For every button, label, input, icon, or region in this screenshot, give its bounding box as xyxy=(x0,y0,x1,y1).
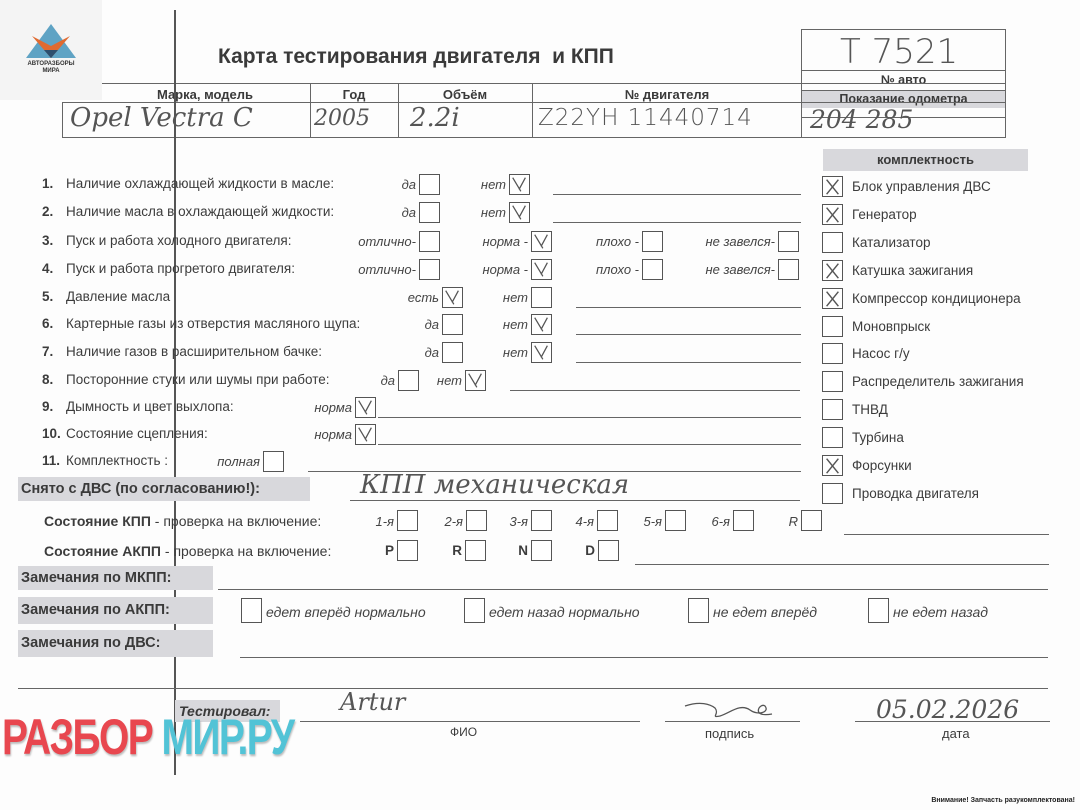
check-mark-icon xyxy=(466,371,485,390)
value-make-model: Opel Vectra C xyxy=(70,103,253,133)
option-label: есть xyxy=(408,290,439,305)
cross-mark-icon xyxy=(823,177,842,196)
check-mark-icon xyxy=(443,288,462,307)
completeness-checkbox[interactable] xyxy=(822,427,843,448)
completeness-label: Блок управления ДВС xyxy=(852,179,991,194)
option-label: да xyxy=(425,317,439,332)
check-number: 1. xyxy=(42,176,53,191)
logo: АВТОРАЗБОРЫ МИРА xyxy=(0,0,102,100)
gear-label: 1-я xyxy=(375,514,394,529)
value-odometer: 204 285 xyxy=(810,105,913,134)
check-number: 6. xyxy=(42,316,53,331)
check-label: Пуск и работа прогретого двигателя: xyxy=(66,261,295,276)
completeness-checkbox[interactable] xyxy=(822,176,843,197)
completeness-checkbox[interactable] xyxy=(822,288,843,309)
option-label: отлично- xyxy=(358,262,416,277)
gear-label: N xyxy=(518,543,528,558)
option-checkbox[interactable] xyxy=(642,259,663,280)
option-label: норма - xyxy=(482,262,528,277)
option-checkbox[interactable] xyxy=(419,174,440,195)
option-checkbox[interactable] xyxy=(419,202,440,223)
gear-label: R xyxy=(789,514,798,529)
gear-label: R xyxy=(452,543,462,558)
watermark-red: РАЗБОР xyxy=(2,709,152,765)
auto-gearbox-label: Состояние АКПП - проверка на включение: xyxy=(44,543,331,559)
check-label: Дымность и цвет выхлопа: xyxy=(66,399,234,414)
check-mark-icon xyxy=(532,260,551,279)
header-row xyxy=(102,83,1006,84)
check-number: 8. xyxy=(42,372,53,387)
gear-label: 3-я xyxy=(509,514,528,529)
value-year: 2005 xyxy=(314,106,370,131)
option-checkbox[interactable] xyxy=(778,259,799,280)
completeness-checkbox[interactable] xyxy=(822,204,843,225)
option-label: нет xyxy=(503,345,528,360)
date-value: 05.02.2026 xyxy=(876,695,1019,724)
watermark-blue: МИР.РУ xyxy=(161,709,293,765)
gear-label: D xyxy=(585,543,595,558)
completeness-label: Генератор xyxy=(852,207,917,222)
completeness-label: Компрессор кондиционера xyxy=(852,291,1021,306)
option-checkbox[interactable] xyxy=(778,231,799,252)
option-checkbox[interactable] xyxy=(398,370,419,391)
gear-checkbox[interactable] xyxy=(598,540,619,561)
option-label: норма xyxy=(314,400,352,415)
note-line[interactable] xyxy=(510,390,800,391)
check-number: 5. xyxy=(42,289,53,304)
check-label: Наличие газов в расширительном бачке: xyxy=(66,344,322,359)
note-line[interactable] xyxy=(553,194,801,195)
completeness-checkbox[interactable] xyxy=(822,455,843,476)
check-label: Пуск и работа холодного двигателя: xyxy=(66,233,292,248)
gear-checkbox[interactable] xyxy=(531,540,552,561)
akpp-option-label: едет назад нормально xyxy=(489,604,640,620)
check-number: 10. xyxy=(42,426,61,441)
option-checkbox[interactable] xyxy=(531,287,552,308)
check-label: Состояние сцепления: xyxy=(66,426,208,441)
value-engine-no: Z22YH 11440714 xyxy=(538,105,753,131)
check-number: 11. xyxy=(42,453,60,468)
check-mark-icon xyxy=(532,315,551,334)
remarks-dvs-field[interactable] xyxy=(240,657,1048,658)
check-label: Наличие охлаждающей жидкости в масле: xyxy=(66,176,334,191)
option-label: плохо - xyxy=(596,234,639,249)
akpp-option-label: не едет вперёд xyxy=(713,604,817,620)
option-label: да xyxy=(381,373,395,388)
option-checkbox[interactable] xyxy=(531,342,552,363)
option-label: да xyxy=(402,177,416,192)
option-checkbox[interactable] xyxy=(642,231,663,252)
check-mark-icon xyxy=(532,343,551,362)
option-label: нет xyxy=(481,205,506,220)
date-caption: дата xyxy=(942,726,970,741)
gear-checkbox[interactable] xyxy=(531,510,552,531)
check-mark-icon xyxy=(532,232,551,251)
check-number: 7. xyxy=(42,344,53,359)
check-number: 9. xyxy=(42,399,53,414)
option-checkbox[interactable] xyxy=(442,342,463,363)
option-label: не завелся- xyxy=(705,262,775,277)
gear-label: 4-я xyxy=(575,514,594,529)
completeness-label: Распределитель зажигания xyxy=(852,374,1024,389)
check-label: Наличие масла в охлаждающей жидкости: xyxy=(66,204,334,219)
option-label: нет xyxy=(503,290,528,305)
akpp-option-checkbox[interactable] xyxy=(868,598,889,623)
completeness-label: Катализатор xyxy=(852,235,930,250)
name-caption: ФИО xyxy=(450,725,477,739)
col-make-model: Марка, модель xyxy=(100,87,310,102)
cross-mark-icon xyxy=(823,456,842,475)
remarks-akpp-label: Замечания по АКПП: xyxy=(18,597,213,624)
akpp-option-checkbox[interactable] xyxy=(241,598,262,623)
check-number: 4. xyxy=(42,261,53,276)
gear-checkbox[interactable] xyxy=(665,510,686,531)
akpp-option-label: едет вперёд нормально xyxy=(266,604,426,620)
option-checkbox[interactable] xyxy=(442,287,463,308)
col-year: Год xyxy=(310,87,398,102)
page-title: Карта тестирования двигателя и КПП xyxy=(218,45,614,69)
gear-checkbox[interactable] xyxy=(597,510,618,531)
auto-gearbox-sub: - проверка на включение: xyxy=(165,543,331,559)
manual-gearbox-label: Состояние КПП - проверка на включение: xyxy=(44,513,321,529)
check-number: 2. xyxy=(42,204,53,219)
logo-icon xyxy=(26,24,76,60)
option-checkbox[interactable] xyxy=(509,202,530,223)
remarks-mkpp-field[interactable] xyxy=(218,589,1048,590)
gear-label: 2-я xyxy=(444,514,463,529)
note-line[interactable] xyxy=(576,362,801,363)
gear-checkbox[interactable] xyxy=(397,510,418,531)
gear-label: P xyxy=(385,543,394,558)
auto-gearbox-title: Состояние АКПП xyxy=(44,543,161,559)
akpp-option-checkbox[interactable] xyxy=(464,598,485,623)
completeness-label: Турбина xyxy=(852,430,904,445)
option-label: нет xyxy=(437,373,462,388)
note-line[interactable] xyxy=(378,444,801,445)
completeness-label: Моновпрыск xyxy=(852,319,930,334)
option-label: отлично- xyxy=(358,234,416,249)
note-line[interactable] xyxy=(308,471,801,472)
col-engine-no: № двигателя xyxy=(532,87,802,102)
gear-label: 5-я xyxy=(643,514,662,529)
completeness-label: Насос г/у xyxy=(852,346,910,361)
option-label: не завелся- xyxy=(705,234,775,249)
completeness-title: комплектность xyxy=(823,149,1028,171)
logo-text-1: АВТОРАЗБОРЫ xyxy=(0,61,102,67)
gear-checkbox[interactable] xyxy=(733,510,754,531)
check-mark-icon xyxy=(356,398,375,417)
option-label: норма xyxy=(314,427,352,442)
option-checkbox[interactable] xyxy=(531,314,552,335)
check-label: Давление масла xyxy=(66,289,170,304)
car-number-label: № авто xyxy=(802,73,1005,87)
option-checkbox[interactable] xyxy=(509,174,530,195)
option-checkbox[interactable] xyxy=(263,451,284,472)
gear-checkbox[interactable] xyxy=(465,540,486,561)
option-checkbox[interactable] xyxy=(355,397,376,418)
option-checkbox[interactable] xyxy=(531,231,552,252)
note-line[interactable] xyxy=(378,417,801,418)
value-volume: 2.2i xyxy=(410,103,460,133)
completeness-label: Форсунки xyxy=(852,458,912,473)
option-checkbox[interactable] xyxy=(419,259,440,280)
option-checkbox[interactable] xyxy=(465,370,486,391)
completeness-checkbox[interactable] xyxy=(822,483,843,504)
completeness-checkbox[interactable] xyxy=(822,399,843,420)
cross-mark-icon xyxy=(823,205,842,224)
gear-checkbox[interactable] xyxy=(801,510,822,531)
completeness-checkbox[interactable] xyxy=(822,232,843,253)
completeness-checkbox[interactable] xyxy=(822,260,843,281)
remarks-mkpp-label: Замечания по МКПП: xyxy=(18,566,213,590)
option-label: нет xyxy=(481,177,506,192)
col-volume: Объём xyxy=(398,87,532,102)
option-checkbox[interactable] xyxy=(419,231,440,252)
completeness-label: Проводка двигателя xyxy=(852,486,979,501)
option-label: полная xyxy=(217,454,260,469)
gear-checkbox[interactable] xyxy=(397,540,418,561)
remarks-dvs-label: Замечания по ДВС: xyxy=(18,630,213,657)
completeness-checkbox[interactable] xyxy=(822,316,843,337)
check-mark-icon xyxy=(510,203,529,222)
removed-value: КПП механическая xyxy=(360,470,629,500)
check-mark-icon xyxy=(510,175,529,194)
check-number: 3. xyxy=(42,233,53,248)
fold-line xyxy=(174,10,176,775)
tester-name: Artur xyxy=(340,688,405,716)
watermark: РАЗБОР МИР.РУ xyxy=(2,708,293,766)
manual-gearbox-sub: - проверка на включение: xyxy=(155,513,321,529)
option-checkbox[interactable] xyxy=(531,259,552,280)
check-label: Комплектность : xyxy=(66,453,168,468)
akpp-option-label: не едет назад xyxy=(893,604,988,620)
akpp-option-checkbox[interactable] xyxy=(688,598,709,623)
gear-checkbox[interactable] xyxy=(466,510,487,531)
gear-label: 6-я xyxy=(711,514,730,529)
note-line[interactable] xyxy=(576,307,801,308)
completeness-label: ТНВД xyxy=(852,402,888,417)
manual-gearbox-title: Состояние КПП xyxy=(44,513,151,529)
cross-mark-icon xyxy=(823,261,842,280)
option-checkbox[interactable] xyxy=(355,424,376,445)
option-label: плохо - xyxy=(596,262,639,277)
cross-mark-icon xyxy=(823,289,842,308)
option-checkbox[interactable] xyxy=(442,314,463,335)
note-line[interactable] xyxy=(576,334,801,335)
option-label: да xyxy=(402,205,416,220)
check-label: Посторонние стуки или шумы при работе: xyxy=(66,372,330,387)
removed-label: Снято с ДВС (по согласованию!): xyxy=(18,477,310,501)
car-number-value: T 7521 xyxy=(840,32,958,72)
completeness-checkbox[interactable] xyxy=(822,343,843,364)
logo-text-2: МИРА xyxy=(0,68,102,74)
completeness-label: Катушка зажигания xyxy=(852,263,973,278)
option-label: норма - xyxy=(482,234,528,249)
option-label: да xyxy=(425,345,439,360)
option-label: нет xyxy=(503,317,528,332)
warning-text: Внимание! Запчасть разукомплектована! xyxy=(931,797,1075,804)
check-label: Картерные газы из отверстия масляного щу… xyxy=(66,316,360,331)
completeness-checkbox[interactable] xyxy=(822,371,843,392)
check-mark-icon xyxy=(356,425,375,444)
signature-caption: подпись xyxy=(705,726,754,741)
note-line[interactable] xyxy=(553,222,801,223)
